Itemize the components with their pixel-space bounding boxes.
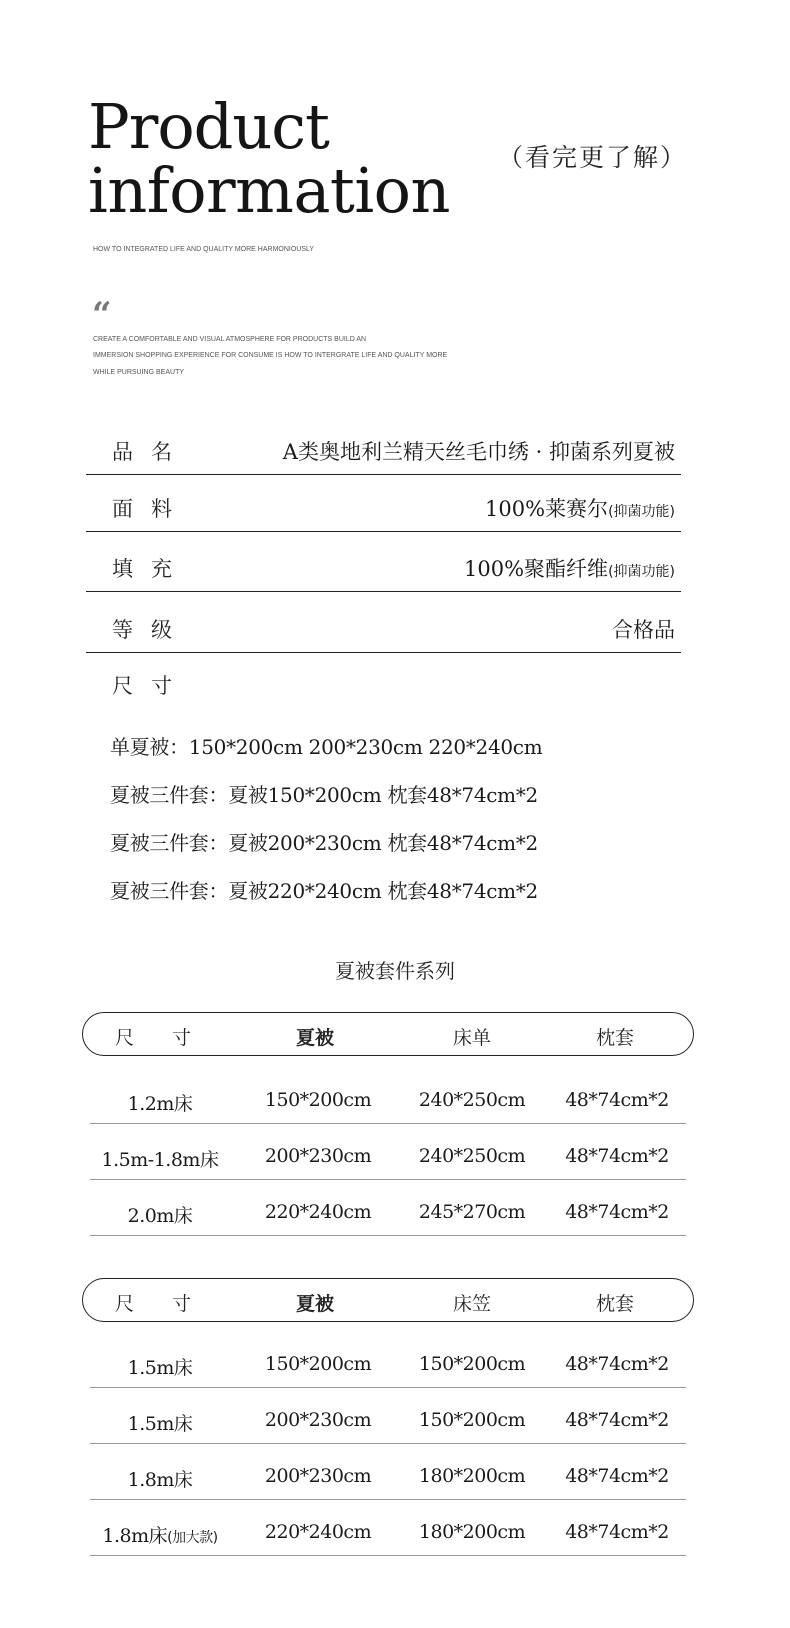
cell-quilt: 150*200cm [265, 1089, 371, 1111]
cell-sheet: 150*200cm [419, 1409, 525, 1431]
header-sheet: 床单 [453, 1023, 491, 1050]
cell-size: 1.5m床 [128, 1409, 193, 1436]
quote-line-2: IMMERSION SHOPPING EXPERIENCE FOR CONSUM… [93, 352, 447, 359]
table-row: 1.8m床(加大款) 220*240cm 180*200cm 48*74cm*2 [90, 1517, 686, 1556]
quote-line-1: CREATE A COMFORTABLE AND VISUAL ATMOSPHE… [93, 336, 366, 343]
info-row-grade: 等级 合格品 [86, 612, 681, 653]
cell-size: 1.2m床 [128, 1089, 193, 1116]
cell-pillow: 48*74cm*2 [565, 1353, 669, 1375]
info-row-filling: 填充 100%聚酯纤维(抑菌功能) [86, 551, 681, 592]
see-more-hint: （看完更了解） [498, 138, 687, 174]
header-fitted-sheet: 床笠 [453, 1289, 491, 1316]
size-line: 夏被三件套：夏被220*240cm 枕套48*74cm*2 [110, 875, 538, 904]
cell-sheet: 240*250cm [419, 1145, 525, 1167]
table2-header: 尺 寸 夏被 床笠 枕套 [82, 1278, 694, 1322]
size-line: 夏被三件套：夏被150*200cm 枕套48*74cm*2 [110, 779, 538, 808]
info-value: 100%莱赛尔(抑菌功能) [485, 493, 675, 523]
cell-size: 1.5m-1.8m床 [102, 1145, 219, 1172]
header-size: 尺 寸 [115, 1289, 207, 1316]
info-label: 品名 [112, 436, 190, 466]
cell-size: 1.8m床 [128, 1465, 193, 1492]
quote-line-3: WHILE PURSUING BEAUTY [93, 369, 184, 376]
series-title: 夏被套件系列 [0, 955, 790, 984]
info-label: 面料 [112, 493, 190, 523]
table-row: 1.2m床 150*200cm 240*250cm 48*74cm*2 [90, 1085, 686, 1124]
cell-pillow: 48*74cm*2 [565, 1201, 669, 1223]
title-information: information [88, 160, 450, 222]
info-value: 100%聚酯纤维(抑菌功能) [464, 553, 675, 583]
header-size: 尺 寸 [115, 1023, 207, 1050]
table-row: 2.0m床 220*240cm 245*270cm 48*74cm*2 [90, 1197, 686, 1236]
cell-quilt: 200*230cm [265, 1145, 371, 1167]
cell-size: 1.8m床(加大款) [102, 1521, 217, 1548]
cell-sheet: 240*250cm [419, 1089, 525, 1111]
size-label: 尺寸 [112, 670, 190, 700]
info-value: 合格品 [612, 614, 675, 644]
header-pillow: 枕套 [596, 1023, 634, 1050]
cell-quilt: 220*240cm [265, 1521, 371, 1543]
cell-quilt: 200*230cm [265, 1409, 371, 1431]
cell-quilt: 150*200cm [265, 1353, 371, 1375]
cell-sheet: 245*270cm [419, 1201, 525, 1223]
cell-sheet: 150*200cm [419, 1353, 525, 1375]
quote-mark-icon: “ [92, 298, 112, 332]
cell-pillow: 48*74cm*2 [565, 1089, 669, 1111]
table-row: 1.5m-1.8m床 200*230cm 240*250cm 48*74cm*2 [90, 1141, 686, 1180]
header-pillow: 枕套 [596, 1289, 634, 1316]
cell-size: 1.5m床 [128, 1353, 193, 1380]
cell-sheet: 180*200cm [419, 1465, 525, 1487]
cell-pillow: 48*74cm*2 [565, 1409, 669, 1431]
info-row-fabric: 面料 100%莱赛尔(抑菌功能) [86, 491, 681, 532]
info-value: A类奥地利兰精天丝毛巾绣 · 抑菌系列夏被 [283, 436, 675, 466]
cell-pillow: 48*74cm*2 [565, 1521, 669, 1543]
title-product: Product [88, 96, 329, 158]
info-row-product-name: 品名 A类奥地利兰精天丝毛巾绣 · 抑菌系列夏被 [86, 434, 681, 475]
table1-header: 尺 寸 夏被 床单 枕套 [82, 1012, 694, 1056]
header-quilt: 夏被 [296, 1023, 334, 1050]
table-row: 1.8m床 200*230cm 180*200cm 48*74cm*2 [90, 1461, 686, 1500]
tagline: HOW TO INTEGRATED LIFE AND QUALITY MORE … [93, 246, 314, 253]
cell-pillow: 48*74cm*2 [565, 1145, 669, 1167]
info-label: 等级 [112, 614, 190, 644]
cell-pillow: 48*74cm*2 [565, 1465, 669, 1487]
info-label: 填充 [112, 553, 190, 583]
cell-size: 2.0m床 [128, 1201, 193, 1228]
cell-sheet: 180*200cm [419, 1521, 525, 1543]
cell-quilt: 200*230cm [265, 1465, 371, 1487]
header-quilt: 夏被 [296, 1289, 334, 1316]
size-line: 夏被三件套：夏被200*230cm 枕套48*74cm*2 [110, 827, 538, 856]
table-row: 1.5m床 150*200cm 150*200cm 48*74cm*2 [90, 1349, 686, 1388]
cell-quilt: 220*240cm [265, 1201, 371, 1223]
table-row: 1.5m床 200*230cm 150*200cm 48*74cm*2 [90, 1405, 686, 1444]
size-line: 单夏被：150*200cm 200*230cm 220*240cm [110, 731, 542, 760]
